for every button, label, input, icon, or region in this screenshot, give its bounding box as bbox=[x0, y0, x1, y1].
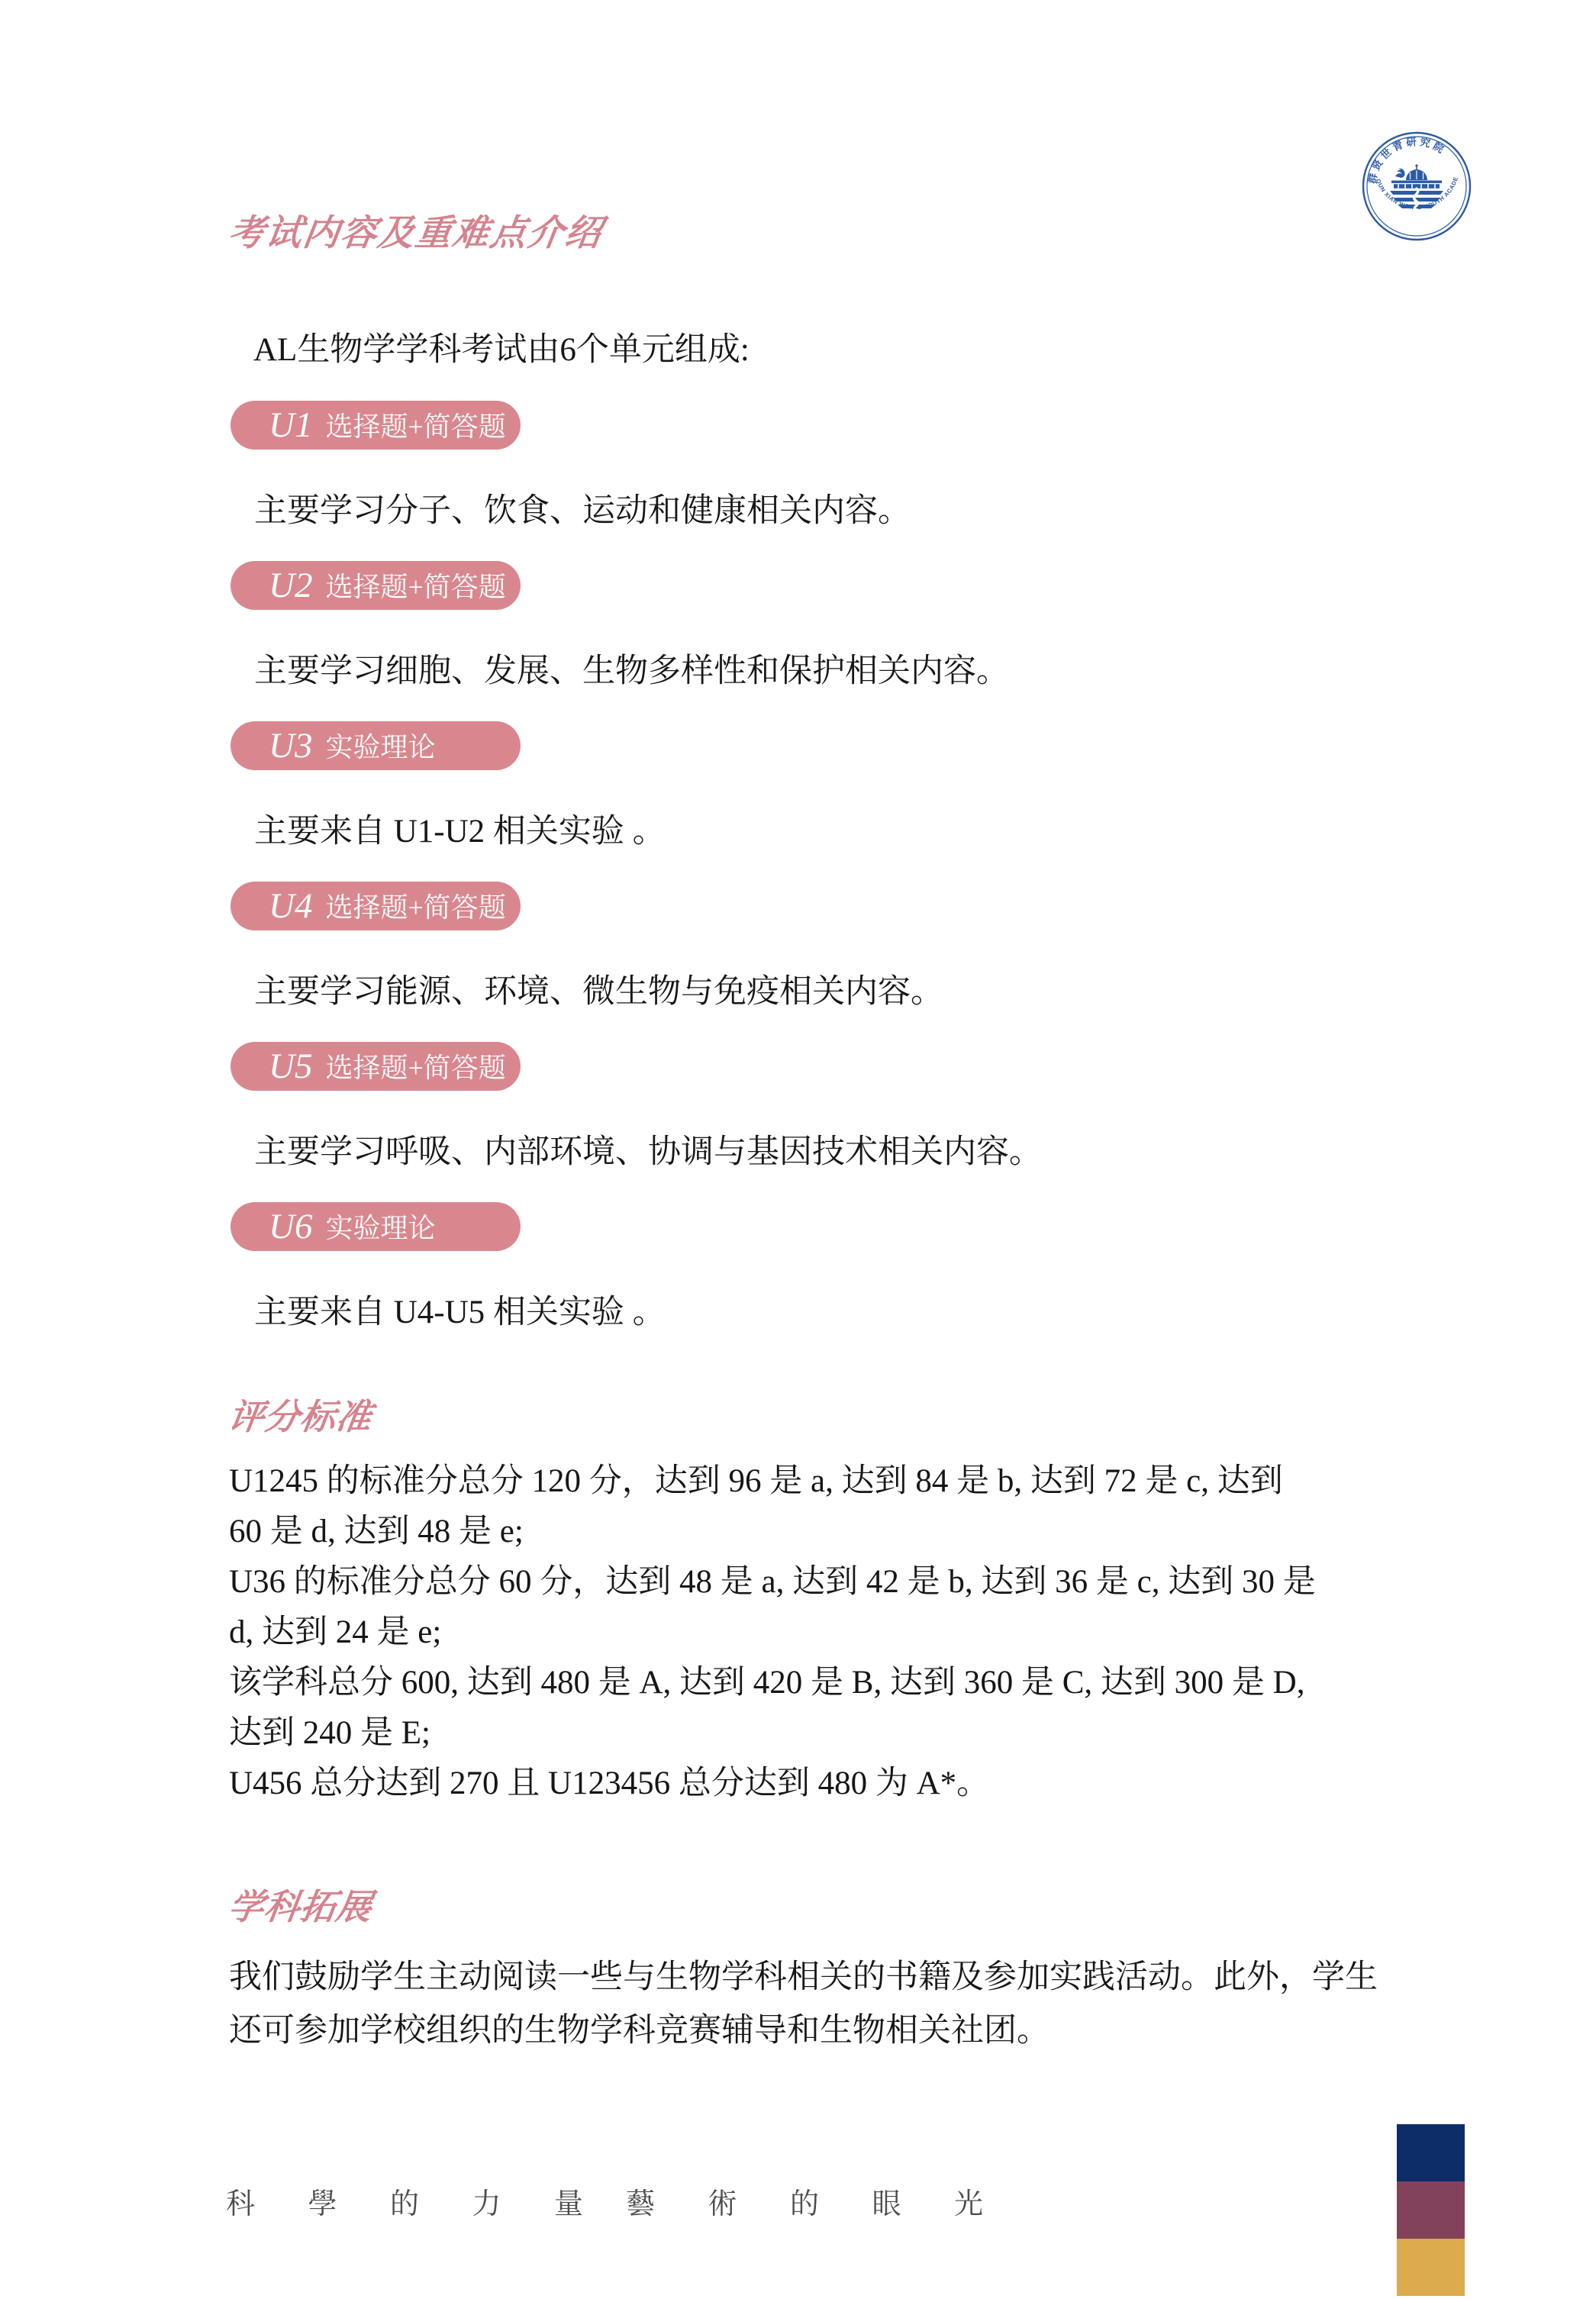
unit-type-label: 选择题+简答题 bbox=[325, 571, 505, 601]
unit-code: U3 bbox=[269, 728, 312, 764]
footer-slogan-left: 科 學 的 力 量 bbox=[226, 2188, 606, 2220]
unit-code: U1 bbox=[269, 408, 312, 443]
square-navy bbox=[1397, 2124, 1465, 2181]
decorative-color-squares bbox=[1397, 2124, 1465, 2296]
unit-badge-u4: U4 选择题+简答题 bbox=[231, 882, 521, 930]
unit-badge-u1: U1 选择题+简答题 bbox=[231, 401, 521, 450]
section-heading-scoring: 评分标准 bbox=[229, 1389, 372, 1440]
unit-description: 主要来自 U1-U2 相关实验 。 bbox=[254, 805, 666, 852]
unit-badge-u2: U2 选择题+简答题 bbox=[231, 561, 521, 610]
unit-description: 主要学习呼吸、内部环境、协调与基因技术相关内容。 bbox=[254, 1126, 1042, 1172]
scoring-line: d, 达到 24 是 e; bbox=[229, 1607, 1316, 1658]
logo-bird-icon bbox=[1395, 168, 1405, 178]
unit-badge-u3: U3 实验理论 bbox=[231, 721, 521, 770]
unit-type-label: 选择题+简答题 bbox=[325, 892, 505, 921]
expansion-line: 还可参加学校组织的生物学科竞赛辅导和生物相关社团。 bbox=[229, 2004, 1378, 2058]
unit-section-u6: U6 实验理论 主要来自 U4-U5 相关实验 。 bbox=[231, 1202, 1490, 1362]
scoring-line: U1245 的标准分总分 120 分，达到 96 是 a, 达到 84 是 b,… bbox=[229, 1456, 1316, 1507]
footer-slogan: 科 學 的 力 量藝 術 的 眼 光 bbox=[226, 2180, 1006, 2222]
square-maroon bbox=[1397, 2181, 1465, 2239]
unit-badge-u6: U6 实验理论 bbox=[231, 1202, 521, 1251]
unit-section-u5: U5 选择题+简答题 主要学习呼吸、内部环境、协调与基因技术相关内容。 bbox=[231, 1042, 1490, 1202]
unit-description: 主要来自 U4-U5 相关实验 。 bbox=[254, 1286, 666, 1333]
scoring-paragraph: U1245 的标准分总分 120 分，达到 96 是 a, 达到 84 是 b,… bbox=[229, 1456, 1316, 1809]
unit-section-u2: U2 选择题+简答题 主要学习细胞、发展、生物多样性和保护相关内容。 bbox=[231, 561, 1490, 721]
logo-river-waves-icon bbox=[1390, 189, 1443, 210]
scoring-line: 该学科总分 600, 达到 480 是 A, 达到 420 是 B, 达到 36… bbox=[229, 1658, 1316, 1708]
scoring-line: 60 是 d, 达到 48 是 e; bbox=[229, 1507, 1316, 1557]
document-page: 群贤世青研究院 QUN XIAN WORLD YOUTH ACADEMY bbox=[0, 0, 1596, 2299]
scoring-line: U456 总分达到 270 且 U123456 总分达到 480 为 A*。 bbox=[229, 1759, 1316, 1809]
unit-section-u3: U3 实验理论 主要来自 U1-U2 相关实验 。 bbox=[231, 721, 1490, 882]
scoring-line: U36 的标准分总分 60 分，达到 48 是 a, 达到 42 是 b, 达到… bbox=[229, 1557, 1316, 1607]
unit-description: 主要学习能源、环境、微生物与免疫相关内容。 bbox=[254, 966, 943, 1012]
academy-seal-icon: 群贤世青研究院 QUN XIAN WORLD YOUTH ACADEMY bbox=[1361, 131, 1472, 242]
scoring-line: 达到 240 是 E; bbox=[229, 1708, 1316, 1759]
unit-description: 主要学习细胞、发展、生物多样性和保护相关内容。 bbox=[254, 645, 1009, 692]
expansion-paragraph: 我们鼓励学生主动阅读一些与生物学科相关的书籍及参加实践活动。此外，学生 还可参加… bbox=[229, 1951, 1378, 2058]
intro-lead-text: AL生物学学科考试由6个单元组成: bbox=[253, 324, 750, 370]
section-heading-scoring-text: 评分标准 bbox=[225, 1389, 376, 1440]
unit-code: U2 bbox=[269, 568, 312, 604]
page-title-text: 考试内容及重难点介绍 bbox=[225, 205, 606, 256]
unit-code: U6 bbox=[269, 1209, 312, 1245]
unit-code: U4 bbox=[269, 888, 312, 924]
unit-section-u1: U1 选择题+简答题 主要学习分子、饮食、运动和健康相关内容。 bbox=[231, 401, 1490, 561]
unit-badge-u5: U5 选择题+简答题 bbox=[231, 1042, 521, 1091]
academy-seal-logo: 群贤世青研究院 QUN XIAN WORLD YOUTH ACADEMY bbox=[1361, 131, 1472, 242]
expansion-line: 我们鼓励学生主动阅读一些与生物学科相关的书籍及参加实践活动。此外，学生 bbox=[229, 1951, 1378, 2004]
unit-type-label: 选择题+简答题 bbox=[325, 1052, 505, 1082]
unit-type-label: 选择题+简答题 bbox=[325, 411, 505, 440]
section-heading-expansion: 学科拓展 bbox=[229, 1879, 372, 1930]
page-title: 考试内容及重难点介绍 bbox=[229, 205, 603, 256]
unit-section-u4: U4 选择题+简答题 主要学习能源、环境、微生物与免疫相关内容。 bbox=[231, 882, 1490, 1042]
unit-code: U5 bbox=[269, 1049, 312, 1085]
section-heading-expansion-text: 学科拓展 bbox=[225, 1879, 376, 1930]
unit-description: 主要学习分子、饮食、运动和健康相关内容。 bbox=[254, 485, 911, 531]
footer-slogan-right: 藝 術 的 眼 光 bbox=[626, 2188, 1006, 2220]
unit-type-label: 实验理论 bbox=[325, 1212, 435, 1242]
unit-type-label: 实验理论 bbox=[325, 731, 435, 761]
square-gold bbox=[1397, 2239, 1465, 2296]
